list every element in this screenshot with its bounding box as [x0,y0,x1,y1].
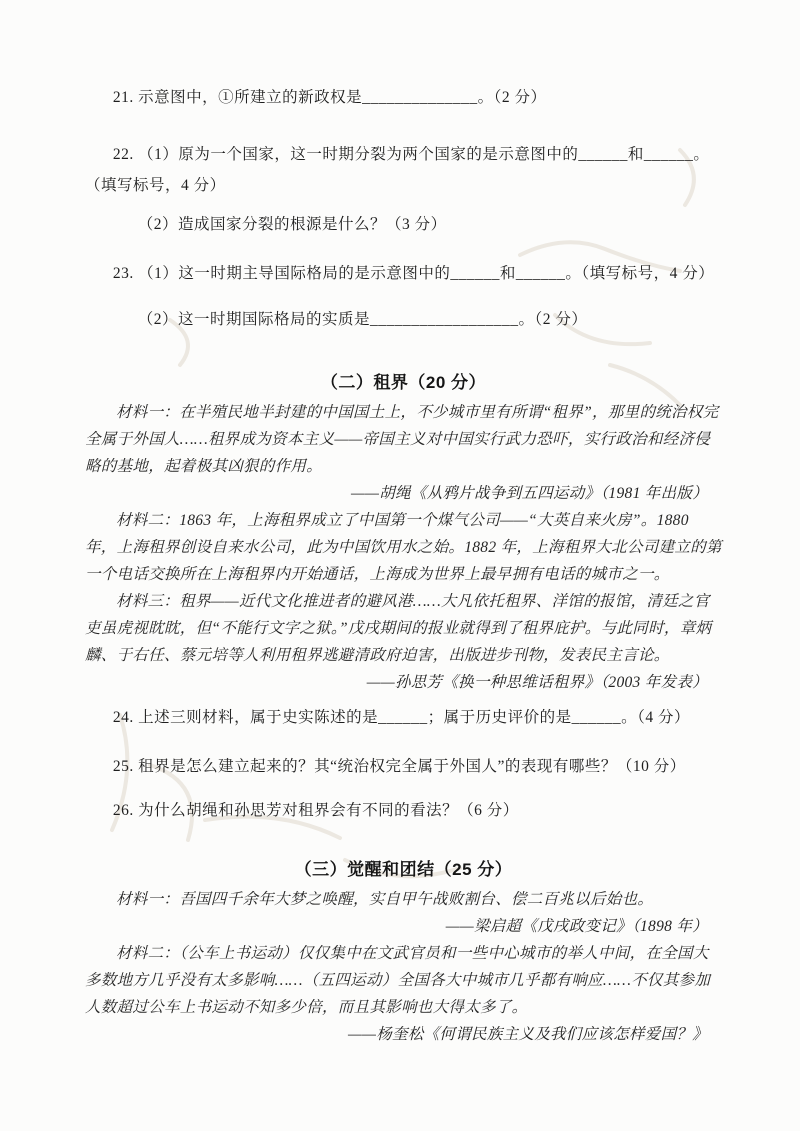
section-3-material-2: 材料二：（公车上书运动）仅仅集中在文武官员和一些中心城市的举人中间，在全国大多数… [85,940,722,1021]
section-3-title: （三）觉醒和团结（25 分） [85,856,722,884]
question-22-part1: 22. （1）原为一个国家，这一时期分裂为两个国家的是示意图中的______和_… [85,139,722,201]
section-2-title: （二）租界（20 分） [85,369,722,397]
section-2-material-3: 材料三：租界——近代文化推进者的避风港……大凡依托租界、洋馆的报馆，清廷之官吏虽… [85,588,722,669]
exam-content: 21. 示意图中，①所建立的新政权是______________。（2 分） 2… [85,82,722,1048]
question-22-part2: （2）造成国家分裂的根源是什么？（3 分） [85,209,722,240]
section-2-material-1: 材料一：在半殖民地半封建的中国国土上，不少城市里有所谓“租界”，那里的统治权完全… [85,399,722,480]
section-2-material-1-source: ——胡绳《从鸦片战争到五四运动》（1981 年出版） [85,480,722,507]
question-25: 25. 租界是怎么建立起来的？其“统治权完全属于外国人”的表现有哪些？（10 分… [85,751,722,782]
section-3-material-1-source: ——梁启超《戊戌政变记》（1898 年） [85,913,722,940]
section-2-material-3-source: ——孙思芳《换一种思维话租界》（2003 年发表） [85,669,722,696]
question-23-part2: （2）这一时期国际格局的实质是__________________。（2 分） [85,304,722,335]
question-23-part1: 23. （1）这一时期主导国际格局的是示意图中的______和______。（填… [85,258,722,289]
section-3-material-2-source: ——杨奎松《何谓民族主义及我们应该怎样爱国？》 [85,1021,722,1048]
question-26: 26. 为什么胡绳和孙思芳对租界会有不同的看法？（6 分） [85,795,722,826]
question-24: 24. 上述三则材料，属于史实陈述的是______；属于历史评价的是______… [85,702,722,733]
scanned-exam-page: 21. 示意图中，①所建立的新政权是______________。（2 分） 2… [0,0,800,1131]
section-2-material-2: 材料二：1863 年，上海租界成立了中国第一个煤气公司——“大英自来火房”。18… [85,507,722,588]
question-21: 21. 示意图中，①所建立的新政权是______________。（2 分） [85,82,722,113]
section-3-material-1: 材料一：吾国四千余年大梦之唤醒，实自甲午战败割台、偿二百兆以后始也。 [85,886,722,913]
